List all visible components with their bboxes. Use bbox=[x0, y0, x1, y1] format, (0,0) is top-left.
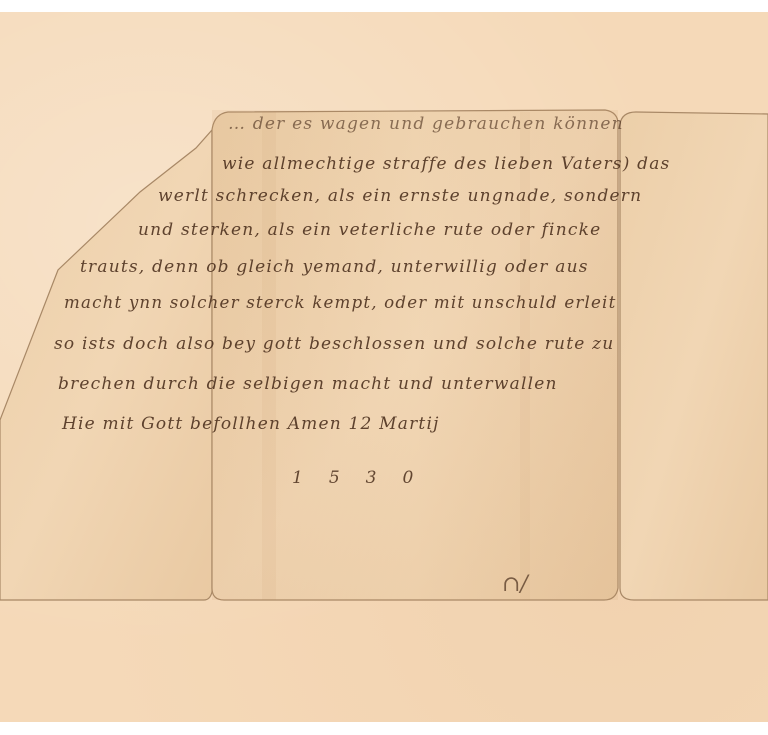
manuscript-line-3: werlt schrecken, als ein ernste ungnade,… bbox=[158, 186, 642, 206]
manuscript-line-7: so ists doch also bey gott beschlossen u… bbox=[54, 334, 614, 354]
manuscript-date-year: 1530 bbox=[292, 468, 439, 488]
manuscript-bottom-mark: ∩/ bbox=[502, 572, 528, 597]
manuscript-line-1: … der es wagen und gebrauchen können bbox=[228, 114, 624, 134]
manuscript-line-2: wie allmechtige straffe des lieben Vater… bbox=[222, 154, 670, 174]
manuscript-line-5: trauts, denn ob gleich yemand, unterwill… bbox=[80, 257, 589, 277]
manuscript-fragment: … der es wagen und gebrauchen können wie… bbox=[0, 12, 768, 722]
manuscript-line-8: brechen durch die selbigen macht und unt… bbox=[58, 374, 558, 394]
manuscript-line-6: macht ynn solcher sterck kempt, oder mit… bbox=[64, 293, 616, 313]
manuscript-line-4: und sterken, als ein veterliche rute ode… bbox=[138, 220, 601, 240]
manuscript-line-9-closing: Hie mit Gott befollhen Amen 12 Martij bbox=[62, 414, 440, 434]
